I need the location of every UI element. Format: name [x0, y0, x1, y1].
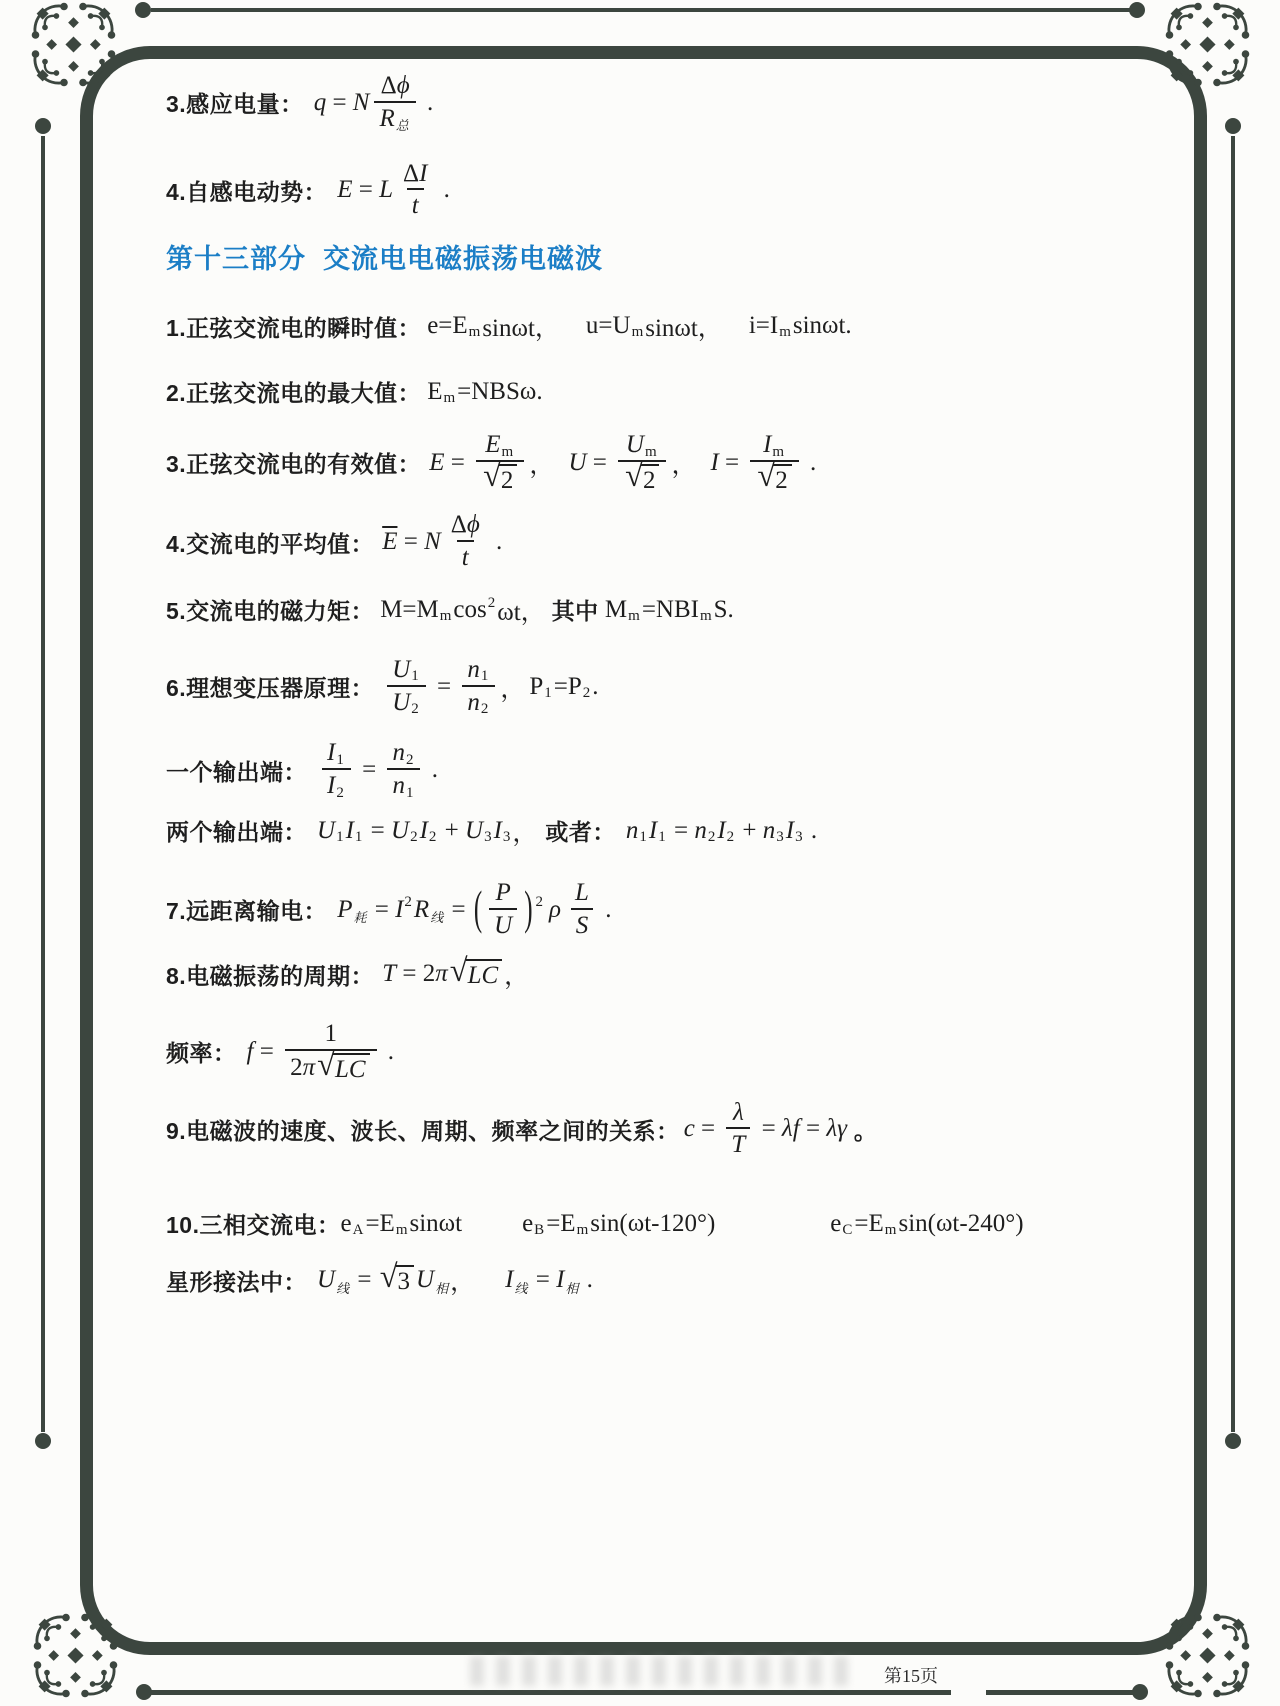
math-fraction: Em√2 [476, 431, 524, 494]
math-variable: P [496, 879, 511, 908]
radical-sign: √ [317, 1052, 335, 1080]
fraction-numerator: U1 [387, 656, 426, 685]
math-subscript-cn: 相 [435, 1278, 448, 1297]
fraction-numerator: λ [728, 1099, 749, 1128]
math-superscript: 2 [488, 595, 496, 612]
math-roman: 2 [775, 467, 788, 495]
formula-line: 10.三相交流电：eA=EmsinωteB=Emsin(ωt-120°)eC=E… [166, 1207, 1096, 1240]
math-roman: = [356, 756, 383, 784]
math-roman: = [397, 528, 424, 556]
math-subscript: 1 [406, 785, 414, 802]
math-sqrt: √2 [483, 464, 517, 495]
formula-line: 1.正弦交流电的瞬时值：e=Emsinωt，u=Umsinωt，i=Imsinω… [166, 308, 1096, 344]
math-variable: n [467, 689, 480, 718]
math-subscript: C [842, 1222, 852, 1239]
math-variable: I [649, 817, 657, 845]
math-subscript: 2 [410, 829, 418, 846]
math-roman: e [522, 1210, 533, 1238]
math-variable: ρ [549, 896, 561, 924]
math-subscript: m [469, 324, 481, 341]
math-subscript: 2 [708, 829, 716, 846]
math-variable: I [419, 160, 427, 189]
spacer [327, 190, 337, 191]
math-roman: = [587, 449, 614, 477]
math-subscript-cn: 总 [396, 119, 409, 134]
math-subscript: m [577, 1222, 589, 1239]
radical-sign: √ [380, 1264, 398, 1292]
math-subscript: 2 [727, 829, 735, 846]
math-roman: = [755, 1115, 782, 1143]
spacer [561, 909, 565, 910]
math-roman: sin(ωt-120°) [590, 1210, 715, 1238]
radical-sign: √ [757, 463, 775, 491]
math-variable: U [626, 431, 644, 460]
math-roman: u=U [586, 312, 631, 340]
fraction-denominator: √2 [750, 460, 798, 495]
math-fraction: Δϕt [446, 511, 485, 573]
spacer [715, 1223, 830, 1224]
math-big-paren: ( [474, 883, 482, 936]
math-variable: U [392, 689, 410, 718]
math-roman: = [800, 1115, 827, 1143]
math-roman: . [580, 1266, 593, 1294]
math-roman: 2 [501, 467, 514, 495]
corner-ornament-icon [28, 1608, 123, 1703]
math-roman: M [599, 596, 627, 624]
spacer [304, 102, 314, 103]
math-roman: ， [671, 445, 696, 481]
math-roman: ， [512, 813, 537, 849]
math-subscript: m [502, 444, 514, 461]
fraction-denominator: U [489, 908, 517, 941]
cn-text: 两个输出端： [166, 814, 307, 847]
fraction-numerator: P [491, 879, 516, 908]
frame-dot [136, 1684, 152, 1700]
math-variable: n [467, 656, 480, 685]
math-variable: U [392, 656, 410, 685]
math-roman: =E [546, 1210, 575, 1238]
fraction-denominator: U2 [387, 685, 426, 718]
spacer [307, 830, 317, 831]
fraction-numerator: ΔI [398, 160, 432, 189]
math-variable: t [412, 192, 419, 221]
math-subscript-cn: 耗 [353, 907, 366, 926]
formula-line: 7.远距离输电：P耗 = I2R线 = (PU)2ρLS . [166, 879, 1096, 941]
math-variable: c [684, 1115, 695, 1143]
math-subscript: 1 [411, 668, 419, 685]
math-roman: = [529, 1266, 556, 1294]
fraction-denominator: 2π√LC [285, 1049, 376, 1084]
math-variable: n [392, 739, 405, 768]
cn-text: 其中 [552, 593, 599, 626]
math-subscript: 2 [411, 701, 419, 718]
math-roman: = [253, 1038, 280, 1066]
math-roman: sinωt， [482, 308, 560, 344]
math-variable: N [353, 89, 370, 117]
formula-line: 一个输出端：I1I2 = n2n1 . [166, 739, 1096, 801]
math-roman: 2 [643, 467, 656, 495]
cn-text: 。 [847, 1113, 877, 1146]
math-roman: . [421, 89, 434, 117]
cn-text: 6.理想变压器原理： [166, 670, 374, 703]
math-variable: S [576, 912, 589, 941]
math-sqrt: √3 [380, 1265, 414, 1296]
math-variable: I [327, 739, 335, 768]
math-subscript: m [885, 1222, 897, 1239]
frame-dot [1225, 118, 1241, 134]
fraction-denominator: S [571, 908, 594, 941]
document-page: 3.感应电量：q = NΔϕR总 .4.自感电动势：E = LΔIt .第十三部… [0, 0, 1280, 1706]
math-variable: n [694, 817, 707, 845]
radical-sign: √ [483, 463, 501, 491]
math-variable: U [317, 1266, 335, 1294]
math-subscript: m [396, 1222, 408, 1239]
math-variable: U [317, 817, 335, 845]
math-variable: N [424, 528, 441, 556]
math-roman: . [592, 673, 598, 701]
math-roman: = [668, 817, 695, 845]
cn-text: 8.电磁振荡的周期： [166, 958, 374, 991]
math-variable: E [337, 176, 352, 204]
math-roman: + [736, 817, 763, 845]
math-subscript-cn: 线 [430, 907, 443, 926]
math-variable: L [379, 176, 393, 204]
math-subscript: m [779, 324, 791, 341]
spacer [374, 686, 382, 687]
math-variable: T [731, 1131, 745, 1160]
frame-outer-bottom-line [986, 1690, 1134, 1695]
fraction-denominator: n2 [462, 685, 495, 718]
math-fraction: I1I2 [322, 739, 351, 801]
math-variable: U [416, 1266, 434, 1294]
math-roman: = [368, 896, 395, 924]
cn-text: 3.感应电量： [166, 86, 304, 119]
fraction-denominator: t [407, 188, 424, 221]
fraction-denominator: √2 [618, 460, 666, 495]
math-roman: =E [854, 1210, 883, 1238]
math-subscript: 1 [544, 685, 552, 702]
formula-line: 星形接法中：U线 = √3U相，I线 = I相 . [166, 1262, 1096, 1298]
radical-sign: √ [625, 463, 643, 491]
cn-text: 2.正弦交流电的最大值： [166, 375, 421, 408]
sqrt-body: LC [466, 959, 503, 990]
cn-text: 或者： [545, 814, 616, 847]
math-roman: . [425, 756, 438, 784]
math-variable: t [462, 544, 469, 573]
math-sqrt: √LC [450, 959, 502, 990]
cn-text: 9.电磁波的速度、波长、周期、频率之间的关系： [166, 1113, 680, 1146]
math-fraction: n2n1 [387, 739, 420, 801]
math-variable: π [435, 960, 448, 988]
math-roman: . [437, 176, 450, 204]
math-roman: ， [500, 669, 525, 705]
math-subscript: 2 [406, 752, 414, 769]
fraction-numerator: L [570, 879, 594, 908]
math-sqrt: √LC [317, 1053, 369, 1084]
spacer [554, 462, 568, 463]
math-roman: = 2 [396, 960, 435, 988]
math-fraction: LS [570, 879, 594, 941]
cn-text: 第十三部分 交流电电磁振荡电磁波 [166, 237, 603, 276]
cn-text: 5.交流电的磁力矩： [166, 593, 374, 626]
math-variable: I [395, 896, 403, 924]
math-roman: . [804, 449, 817, 477]
math-roman: ， [504, 956, 529, 992]
math-roman: sin(ωt-240°) [898, 1210, 1023, 1238]
math-subscript: A [353, 1222, 364, 1239]
math-roman: 3 [398, 1268, 411, 1296]
math-roman: =NBSω. [457, 378, 542, 406]
math-roman: =P [554, 673, 582, 701]
frame-dot [35, 1433, 51, 1449]
formula-line: 3.感应电量：q = NΔϕR总 . [166, 72, 1096, 134]
math-fraction: 12π√LC [285, 1020, 376, 1083]
math-variable: LC [468, 962, 499, 990]
math-fraction: n1n2 [462, 656, 495, 718]
math-roman: e [830, 1210, 841, 1238]
math-roman: . [599, 896, 612, 924]
fraction-denominator: t [457, 540, 474, 573]
frame-outer-right-line [1231, 136, 1235, 1432]
spacer [307, 1280, 317, 1281]
math-variable: λγ [826, 1115, 847, 1143]
fraction-numerator: Δϕ [376, 72, 415, 101]
math-subscript: 3 [795, 829, 803, 846]
math-variable: I [327, 772, 335, 801]
math-roman: = [695, 1115, 722, 1143]
math-variable: E [485, 431, 500, 460]
math-subscript: 1 [336, 752, 344, 769]
fraction-numerator: Δϕ [446, 511, 485, 540]
math-roman: S. [714, 596, 734, 624]
math-roman: =E [365, 1210, 394, 1238]
formula-line: 两个输出端：U1I1 = U2I2 + U3I3，或者：n1I1 = n2I2 … [166, 813, 1096, 849]
math-variable: I [494, 817, 502, 845]
frame-dot [1132, 1684, 1148, 1700]
math-subscript: 2 [481, 701, 489, 718]
math-sqrt: √2 [625, 464, 659, 495]
frame-dot [135, 2, 151, 18]
math-subscript: 2 [336, 785, 344, 802]
math-variable: I [717, 817, 725, 845]
formula-line: 4.自感电动势：E = LΔIt . [166, 160, 1096, 222]
math-roman: + [438, 817, 465, 845]
cn-text: 频率： [166, 1035, 237, 1068]
spacer [374, 542, 382, 543]
math-subscript: 1 [355, 829, 363, 846]
cn-text: 10.三相交流电： [166, 1207, 340, 1240]
sqrt-body: 2 [499, 464, 518, 495]
frame-outer-bottom-line [151, 1690, 951, 1695]
fraction-denominator: R总 [374, 101, 415, 134]
math-fraction: ΔIt [398, 160, 432, 222]
sqrt-body: 3 [396, 1265, 415, 1296]
math-variable: I [556, 1266, 564, 1294]
formula-line: 3.正弦交流电的有效值：E = Em√2，U = Um√2，I = Im√2 . [166, 431, 1096, 494]
fraction-numerator: Um [621, 431, 664, 460]
math-subscript: m [700, 608, 712, 625]
math-roman: sinωt. [793, 312, 852, 340]
math-variable: I [710, 449, 718, 477]
math-variable: U [391, 817, 409, 845]
math-variable: U [465, 817, 483, 845]
math-subscript: m [628, 608, 640, 625]
math-roman: = [326, 89, 353, 117]
frame-dot [1225, 1433, 1241, 1449]
spacer [421, 462, 429, 463]
spacer [696, 462, 710, 463]
math-superscript: 2 [536, 894, 544, 911]
math-roman: =NBI [642, 596, 699, 624]
section-heading: 第十三部分 交流电电磁振荡电磁波 [166, 237, 1096, 276]
spacer [616, 830, 626, 831]
spacer [723, 326, 749, 327]
cn-text: 一个输出端： [166, 754, 307, 787]
formula-line: 频率：f = 12π√LC . [166, 1020, 1096, 1083]
math-roman: E [427, 378, 442, 406]
math-roman: 1 [325, 1020, 338, 1049]
math-fraction: U1U2 [387, 656, 426, 718]
frame-outer-left-line [41, 136, 45, 1432]
spacer [475, 1280, 505, 1281]
math-roman: Δ [403, 160, 419, 189]
math-roman: ， [450, 1262, 475, 1298]
fraction-numerator: n2 [387, 739, 420, 768]
math-roman: cos [453, 596, 486, 624]
cn-text: 星形接法中： [166, 1264, 307, 1297]
formula-line: 9.电磁波的速度、波长、周期、频率之间的关系：c = λT = λf = λγ … [166, 1099, 1096, 1161]
spacer [537, 830, 545, 831]
math-variable: I [346, 817, 354, 845]
sqrt-body: 2 [773, 464, 792, 495]
fraction-denominator: √2 [476, 460, 524, 495]
math-variable: P [337, 896, 352, 924]
fraction-denominator: T [726, 1127, 750, 1160]
math-subscript: m [440, 608, 452, 625]
math-variable: n [392, 772, 405, 801]
page-number: 第15页 [884, 1662, 938, 1688]
math-roman: = [445, 896, 472, 924]
math-subscript: 3 [484, 829, 492, 846]
math-variable: I [505, 1266, 513, 1294]
fraction-denominator: n1 [387, 768, 420, 801]
fraction-denominator: I2 [322, 768, 351, 801]
math-roman: Δ [451, 511, 467, 540]
math-fraction: PU [489, 879, 517, 941]
math-roman: = [351, 1266, 378, 1294]
cn-text: 4.自感电动势： [166, 174, 327, 207]
math-subscript: 1 [336, 829, 344, 846]
math-roman: ， [529, 445, 554, 481]
formula-line: 8.电磁振荡的周期：T = 2π√LC， [166, 956, 1096, 992]
math-subscript: 2 [583, 685, 591, 702]
math-roman: . [805, 817, 818, 845]
math-roman: e [340, 1210, 351, 1238]
math-variable: LC [335, 1056, 366, 1084]
corner-ornament-icon [1160, 1608, 1255, 1703]
math-roman: sinωt， [645, 308, 723, 344]
cn-text: 4.交流电的平均值： [166, 526, 374, 559]
math-roman: = [364, 817, 391, 845]
cn-text: 3.正弦交流电的有效值： [166, 446, 421, 479]
math-variable: λ [733, 1099, 744, 1128]
math-subscript: 3 [503, 829, 511, 846]
math-variable: U [568, 449, 586, 477]
fraction-numerator: n1 [462, 656, 495, 685]
math-roman: . [382, 1038, 395, 1066]
formula-line: 4.交流电的平均值：E = NΔϕt . [166, 511, 1096, 573]
math-roman: 2 [290, 1054, 303, 1083]
math-roman: = [719, 449, 746, 477]
math-variable: U [494, 912, 512, 941]
math-roman: e=E [427, 312, 467, 340]
frame-dot [35, 118, 51, 134]
math-subscript: 1 [481, 668, 489, 685]
math-subscript-cn: 线 [336, 1278, 349, 1297]
math-variable: I [420, 817, 428, 845]
math-roman: . [490, 528, 503, 556]
math-roman: i=I [749, 312, 778, 340]
math-roman: P [529, 673, 543, 701]
math-subscript: m [632, 324, 644, 341]
frame-dot [1129, 2, 1145, 18]
math-variable: n [626, 817, 639, 845]
math-variable: n [763, 817, 776, 845]
math-variable: λf [782, 1115, 800, 1143]
sqrt-body: LC [333, 1053, 370, 1084]
math-roman: = [352, 176, 379, 204]
math-subscript-cn: 线 [514, 1278, 527, 1297]
corner-ornament-icon [1160, 0, 1255, 92]
math-subscript-cn: 相 [565, 1278, 578, 1297]
math-variable: ϕ [397, 72, 410, 101]
math-roman: sinωt [409, 1210, 462, 1238]
formula-line: 5.交流电的磁力矩：M=Mmcos2ωt，其中 Mm=NBImS. [166, 592, 1096, 628]
cn-text: 7.远距离输电： [166, 893, 327, 926]
math-roman: Δ [381, 72, 397, 101]
cn-text: 1.正弦交流电的瞬时值： [166, 310, 421, 343]
math-subscript: m [645, 444, 657, 461]
math-fraction: ΔϕR总 [374, 72, 415, 134]
math-variable: ϕ [467, 511, 480, 540]
math-subscript: B [534, 1222, 544, 1239]
math-variable: R [379, 105, 394, 134]
math-variable: I [763, 431, 771, 460]
fraction-numerator: Im [758, 431, 791, 460]
math-fraction: Um√2 [618, 431, 666, 494]
math-variable: R [414, 896, 429, 924]
formula-sheet: 3.感应电量：q = NΔϕR总 .4.自感电动势：E = LΔIt .第十三部… [166, 60, 1096, 1298]
corner-ornament-icon [26, 0, 121, 92]
radical-sign: √ [450, 958, 468, 986]
math-roman: = [431, 673, 458, 701]
frame-outer-top-line [151, 8, 1134, 12]
spacer [327, 909, 337, 910]
math-variable: T [382, 960, 396, 988]
math-superscript: 2 [404, 894, 412, 911]
blurred-watermark [470, 1656, 850, 1686]
math-variable: q [314, 89, 327, 117]
math-subscript: 2 [429, 829, 437, 846]
math-subscript: 3 [776, 829, 784, 846]
fraction-numerator: Em [480, 431, 520, 460]
formula-line: 2.正弦交流电的最大值：Em=NBSω. [166, 375, 1096, 408]
math-roman: ωt， [497, 592, 545, 628]
fraction-numerator: 1 [320, 1020, 343, 1049]
math-subscript: 1 [658, 829, 666, 846]
sqrt-body: 2 [641, 464, 660, 495]
math-fraction: Im√2 [750, 431, 798, 494]
